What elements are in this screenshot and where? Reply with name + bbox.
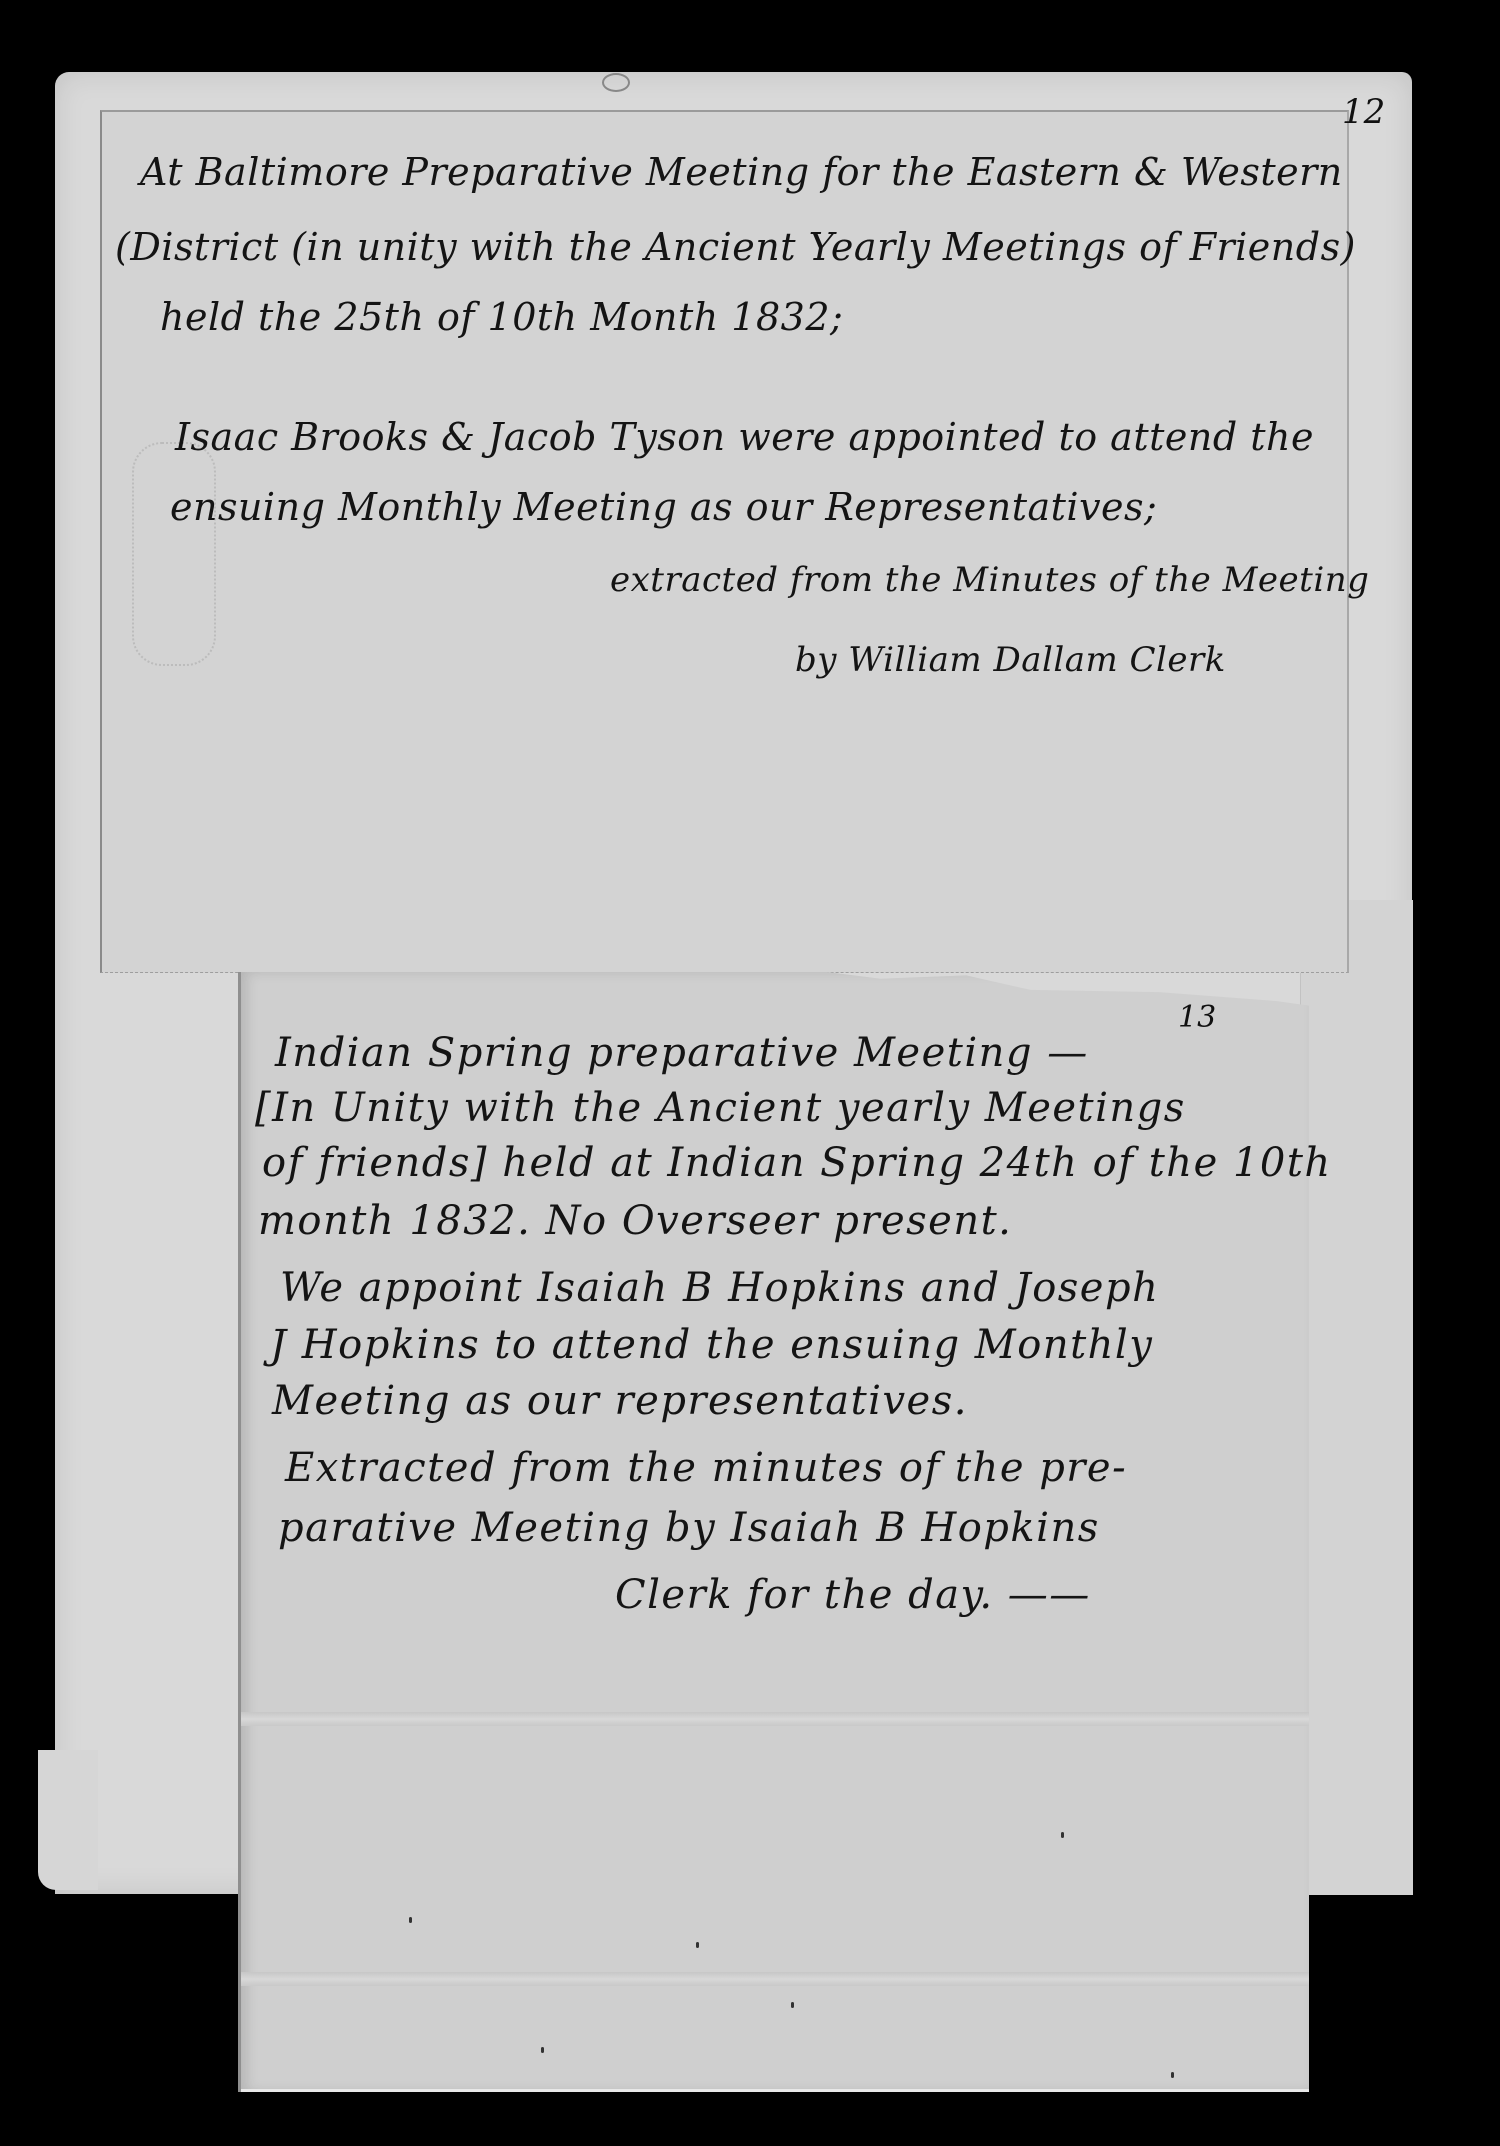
sheet-bottom-edge — [241, 2089, 1309, 2092]
lower-body-line-3: Meeting as our representatives. — [272, 1378, 968, 1424]
ink-speck — [541, 2047, 544, 2053]
upper-body-line-2: ensuing Monthly Meeting as our Represent… — [170, 485, 1157, 529]
paper-fold-line — [241, 1712, 1309, 1726]
upper-heading-line-2: (District (in unity with the Ancient Yea… — [115, 225, 1356, 269]
lower-signature: Clerk for the day. —— — [615, 1572, 1091, 1618]
ink-speck — [1061, 1832, 1064, 1838]
scanned-document: 12 At Baltimore Preparative Meeting for … — [0, 0, 1500, 2146]
backing-paper-edge — [1300, 900, 1413, 1895]
upper-body-line-1: Isaac Brooks & Jacob Tyson were appointe… — [175, 415, 1314, 459]
lower-attestation-line-2: parative Meeting by Isaiah B Hopkins — [278, 1505, 1100, 1551]
seal-hole-mark — [602, 73, 630, 92]
upper-attestation: extracted from the Minutes of the Meetin… — [610, 560, 1369, 600]
lower-heading-line-1: Indian Spring preparative Meeting — — [275, 1030, 1089, 1076]
backing-paper-tab — [38, 1750, 98, 1890]
lower-heading-line-4: month 1832. No Overseer present. — [258, 1198, 1012, 1244]
ink-speck — [696, 1942, 699, 1948]
paper-fold-line — [241, 1972, 1309, 1986]
upper-heading-line-3: held the 25th of 10th Month 1832; — [160, 295, 843, 339]
ink-speck — [409, 1917, 412, 1923]
page-number-upper: 12 — [1342, 92, 1385, 132]
lower-heading-line-2: [In Unity with the Ancient yearly Meetin… — [255, 1085, 1186, 1131]
ink-speck — [1171, 2072, 1174, 2078]
page-number-lower: 13 — [1178, 1000, 1216, 1035]
lower-body-line-2: J Hopkins to attend the ensuing Monthly — [270, 1322, 1153, 1368]
lower-attestation-line-1: Extracted from the minutes of the pre- — [285, 1445, 1127, 1491]
lower-body-line-1: We appoint Isaiah B Hopkins and Joseph — [280, 1265, 1159, 1311]
upper-heading-line-1: At Baltimore Preparative Meeting for the… — [140, 150, 1343, 194]
upper-signature: by William Dallam Clerk — [795, 640, 1226, 680]
faded-margin-stamp — [132, 442, 216, 666]
ink-speck — [791, 2002, 794, 2008]
lower-heading-line-3: of friends] held at Indian Spring 24th o… — [262, 1140, 1332, 1186]
